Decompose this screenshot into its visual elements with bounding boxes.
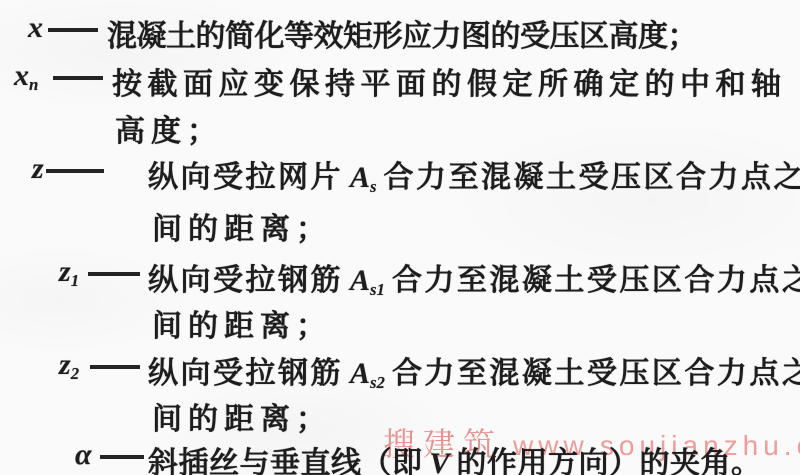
definition-row-z1-continuation: 间的距离； [0, 301, 800, 343]
symbol-xn: xn [14, 59, 38, 94]
symbol-x: x [28, 11, 43, 46]
definition-text-z2-line2: 间的距离； [152, 394, 332, 438]
definition-row-z: z 纵向受拉网片As合力至混凝土受压区合力点之 [0, 152, 800, 194]
symbol-x-base: x [28, 11, 43, 44]
definition-text-z1-line2: 间的距离； [152, 301, 332, 345]
em-dash [100, 455, 144, 459]
scanned-document-page: 搜建筑www.soujianzhu.cn x 混凝土的简化等效矩形应力图的受压区… [0, 0, 800, 475]
symbol-z1: z1 [59, 255, 79, 290]
variable-As-sub: s [370, 177, 377, 196]
definition-text-z-line2: 间的距离； [152, 204, 332, 248]
definition-row-z1: z1 纵向受拉钢筋As1合力至混凝土受压区合力点之 [0, 255, 800, 297]
symbol-xn-sub: n [29, 75, 38, 94]
variable-As2-sub: s2 [370, 373, 385, 392]
definition-row-z2-continuation: 间的距离； [0, 394, 800, 436]
definition-row-x: x 混凝土的简化等效矩形应力图的受压区高度； [0, 11, 800, 53]
variable-As1-sub: s1 [370, 280, 385, 299]
definition-text-z2-pre: 纵向受拉钢筋 [148, 357, 343, 390]
variable-As1: As1 [350, 264, 385, 297]
symbol-alpha-base: α [75, 438, 92, 471]
definition-row-z2: z2 纵向受拉钢筋As2合力至混凝土受压区合力点之 [0, 348, 800, 390]
variable-As-base: A [350, 161, 370, 194]
variable-V-base: V [430, 447, 450, 475]
variable-V: V [430, 447, 450, 475]
definition-text-z1-line1: 纵向受拉钢筋As1合力至混凝土受压区合力点之 [148, 255, 800, 299]
symbol-alpha: α [75, 438, 92, 473]
variable-As1-base: A [350, 264, 370, 297]
symbol-z1-sub: 1 [71, 271, 79, 290]
definition-text-alpha-post: 的作用方向）的夹角。 [457, 447, 762, 475]
definition-text-alpha-pre: 斜插丝与垂直线（即 [148, 447, 423, 475]
definition-row-xn-continuation: 高度； [0, 106, 800, 148]
definition-text-z2-post: 合力至混凝土受压区合力点之 [392, 357, 800, 390]
definition-row-alpha: α 斜插丝与垂直线（即V的作用方向）的夹角。 [0, 438, 800, 475]
variable-As2-base: A [350, 357, 370, 390]
em-dash [53, 76, 103, 80]
em-dash [88, 272, 140, 276]
em-dash [90, 365, 140, 369]
symbol-z2-sub: 2 [71, 364, 79, 383]
definition-text-z1-post: 合力至混凝土受压区合力点之 [392, 264, 800, 297]
variable-As: As [350, 161, 377, 194]
variable-As2: As2 [350, 357, 385, 390]
definition-row-z-continuation: 间的距离； [0, 204, 800, 246]
definition-text-z-post: 合力至混凝土受压区合力点之 [384, 161, 800, 194]
em-dash [48, 28, 98, 32]
em-dash [46, 169, 104, 173]
symbol-z2-base: z [59, 348, 71, 381]
definition-text-z1-pre: 纵向受拉钢筋 [148, 264, 343, 297]
symbol-z: z [32, 152, 44, 187]
definition-text-z-pre: 纵向受拉网片 [148, 161, 343, 194]
definition-text-xn-line2: 高度； [115, 106, 223, 150]
definition-row-xn: xn 按截面应变保持平面的假定所确定的中和轴 [0, 59, 800, 101]
symbol-xn-base: x [14, 59, 29, 92]
definition-text-z2-line1: 纵向受拉钢筋As2合力至混凝土受压区合力点之 [148, 348, 800, 392]
definition-text-alpha: 斜插丝与垂直线（即V的作用方向）的夹角。 [148, 438, 762, 475]
definition-text-x: 混凝土的简化等效矩形应力图的受压区高度； [107, 11, 697, 55]
symbol-z1-base: z [59, 255, 71, 288]
symbol-z-base: z [32, 152, 44, 185]
definition-text-z-line1: 纵向受拉网片As合力至混凝土受压区合力点之 [148, 152, 800, 196]
symbol-z2: z2 [59, 348, 79, 383]
definition-text-xn-line1: 按截面应变保持平面的假定所确定的中和轴 [112, 59, 787, 103]
